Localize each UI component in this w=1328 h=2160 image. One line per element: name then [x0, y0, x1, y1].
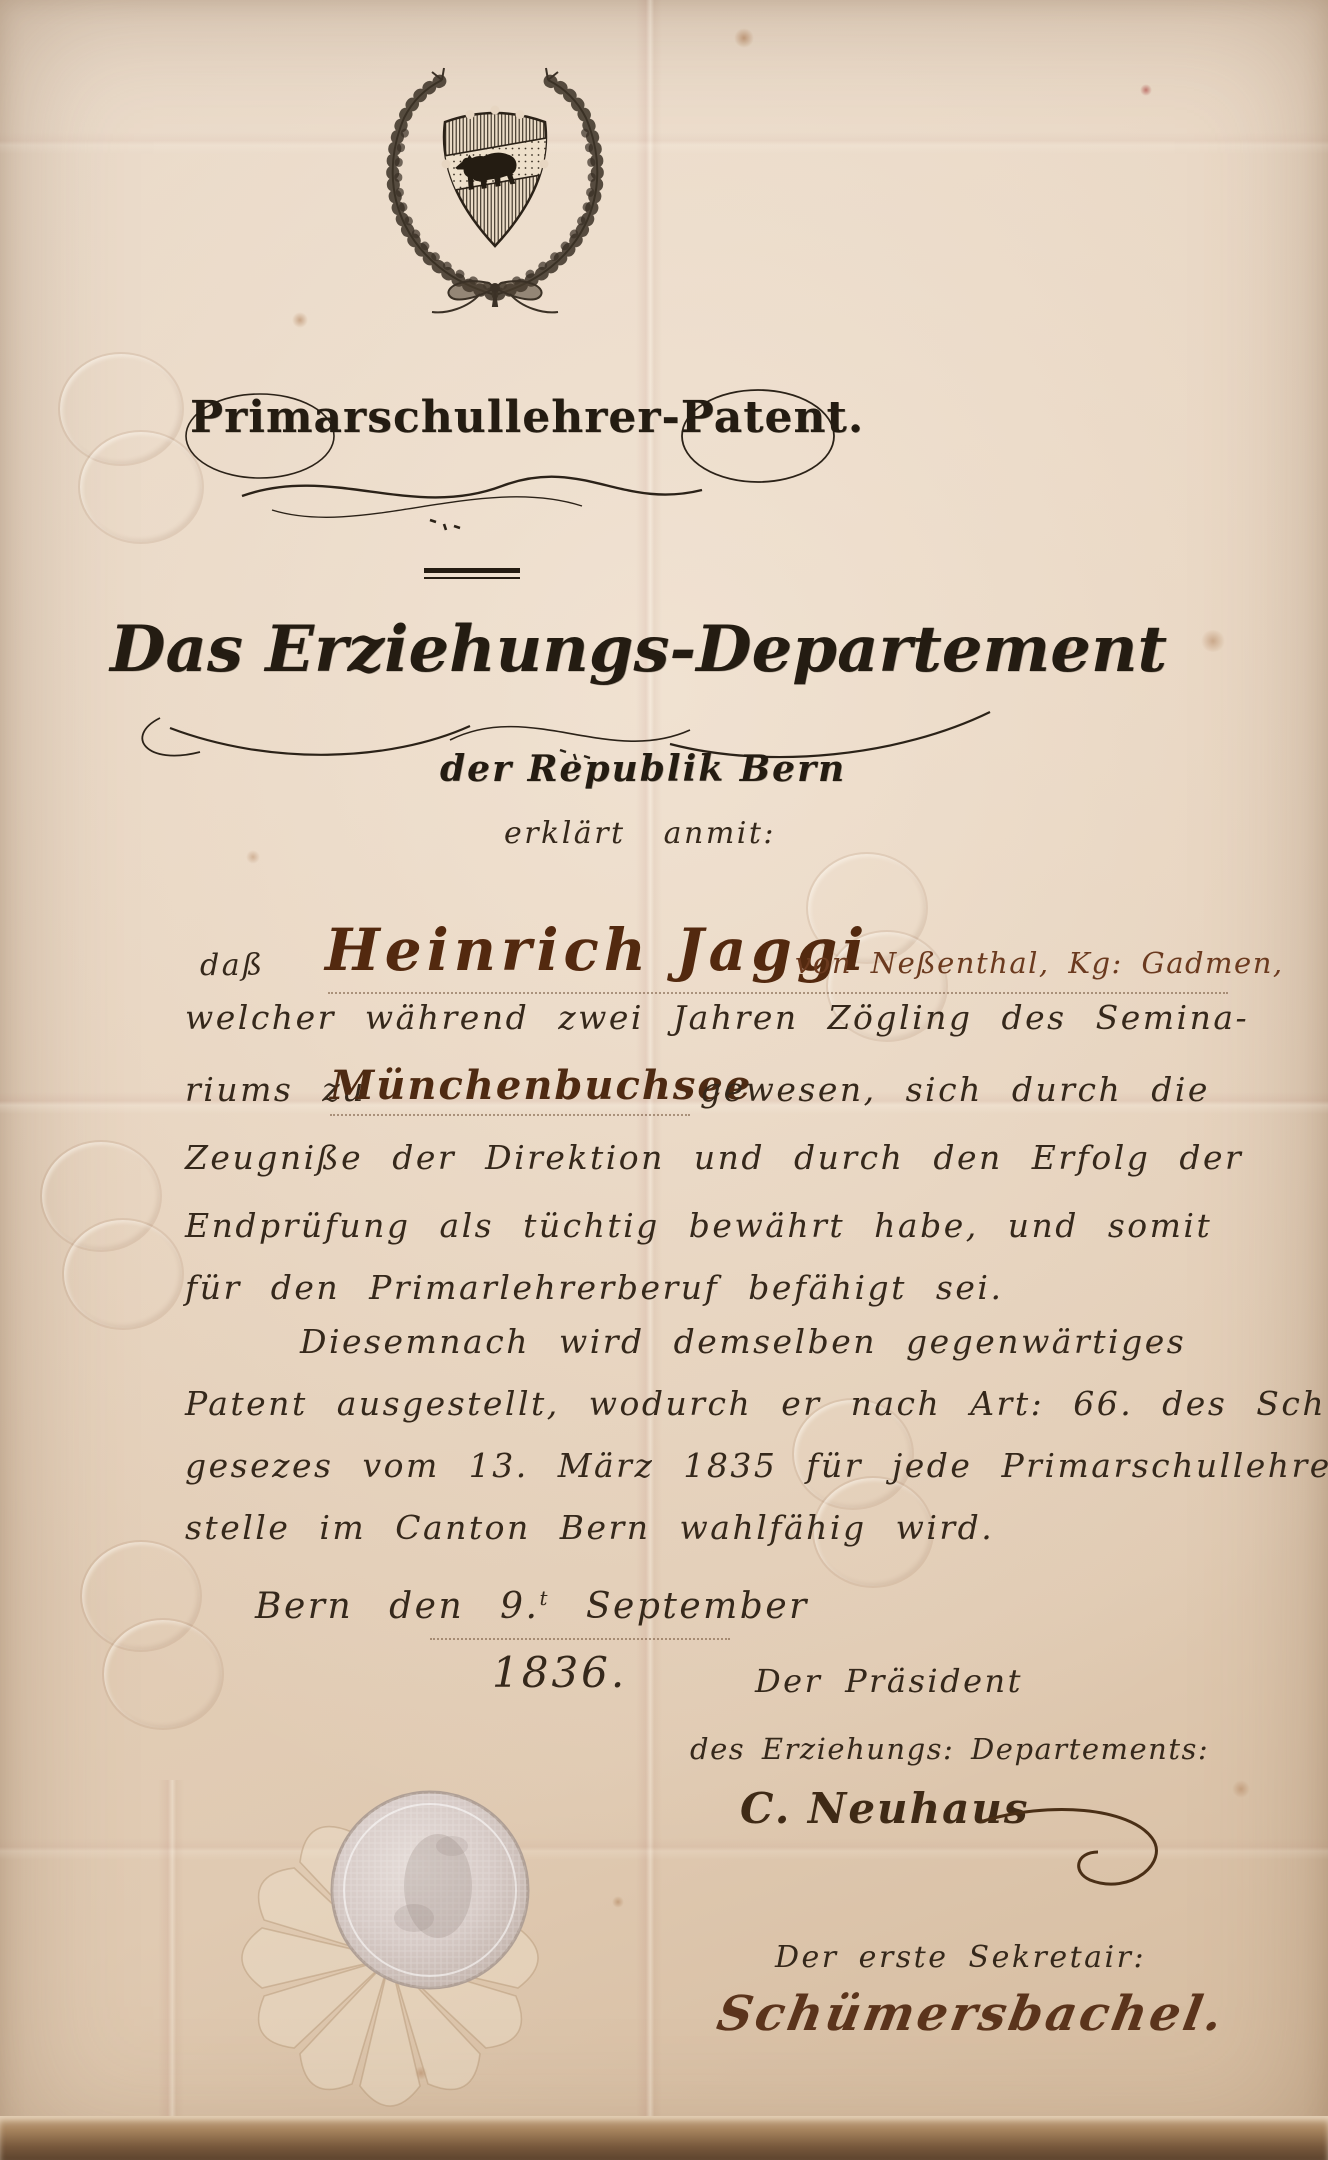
date-day-suffix: t: [539, 1587, 549, 1610]
body-line-3-place: Münchenbuchsee: [330, 1062, 752, 1109]
bern-shield-icon: [432, 106, 558, 247]
ribbon-bow-icon: [432, 281, 558, 312]
body-line-5: Endprüfung als tüchtig bewährt habe, und…: [185, 1206, 1212, 1245]
paper-stain: [1140, 84, 1152, 96]
president-label-2: des Erziehungs: Departements:: [690, 1732, 1209, 1766]
body-line-7: Diesemnach wird demselben gegenwärtiges: [300, 1322, 1186, 1361]
issuer-location: der Republik Bern: [440, 748, 840, 790]
president-label-1: Der Präsident: [755, 1662, 1023, 1700]
scan-bottom-edge: [0, 2116, 1328, 2160]
paper-stain: [1200, 630, 1226, 652]
fill-in-dotted-line: [430, 1636, 730, 1640]
paper-stain: [1232, 1780, 1250, 1798]
fill-in-dotted-line: [330, 1112, 690, 1116]
signature-flourish: [980, 1800, 1190, 1920]
date-place: Bern den: [255, 1586, 464, 1627]
body-line-10: stelle im Canton Bern wahlfähig wird.: [185, 1508, 994, 1547]
fold-crease-left-bottom: [158, 1780, 184, 2160]
body-line-1-suffix: von Neßenthal, Kg: Gadmen,: [795, 946, 1284, 980]
date-line: Bern den 9.t September: [255, 1586, 809, 1627]
document-title: Primarschullehrer-Patent.: [190, 392, 830, 443]
paper-stain: [734, 28, 754, 48]
paper-stain: [612, 1896, 624, 1908]
secretary-label: Der erste Sekretair:: [775, 1940, 1146, 1975]
blind-stamp-ring: [62, 1218, 184, 1330]
recipient-name: Heinrich Jaggi: [325, 916, 869, 984]
paper-stain: [292, 312, 308, 328]
body-line-8: Patent ausgestellt, wodurch er nach Art:…: [185, 1384, 1328, 1423]
bern-coat-of-arms: [322, 62, 668, 318]
body-line-2: welcher während zwei Jahren Zögling des …: [185, 998, 1249, 1037]
body-line-6: für den Primarlehrerberuf befähigt sei.: [185, 1268, 1003, 1307]
issuer-name: Das Erziehungs-Departement: [110, 612, 990, 687]
document-page: Primarschullehrer-Patent. Das Erziehungs…: [0, 0, 1328, 2160]
body-line-3-end: gewesen, sich durch die: [700, 1070, 1210, 1109]
date-month: September: [586, 1586, 809, 1627]
blind-stamp-ring: [40, 1140, 162, 1252]
body-line-4: Zeugniße der Direktion und durch den Erf…: [185, 1138, 1243, 1177]
divider-rule: [424, 568, 520, 579]
secretary-signature: Schümersbachel.: [713, 1986, 1229, 2042]
embossed-seal: [228, 1768, 568, 2118]
declaration-line: erklärt anmit:: [470, 816, 810, 851]
paper-stain: [246, 850, 260, 864]
body-line-1-prefix: daß: [200, 948, 265, 983]
date-day: 9.: [500, 1586, 539, 1627]
fill-in-dotted-line: [328, 990, 1228, 994]
blind-stamp-ring: [80, 1540, 202, 1652]
blind-stamp-ring: [58, 352, 184, 466]
seal-wafer: [332, 1792, 528, 1988]
date-year: 1836.: [492, 1648, 627, 1697]
blind-stamp-ring: [102, 1618, 224, 1730]
body-line-9: gesezes vom 13. März 1835 für jede Prima…: [185, 1446, 1328, 1485]
